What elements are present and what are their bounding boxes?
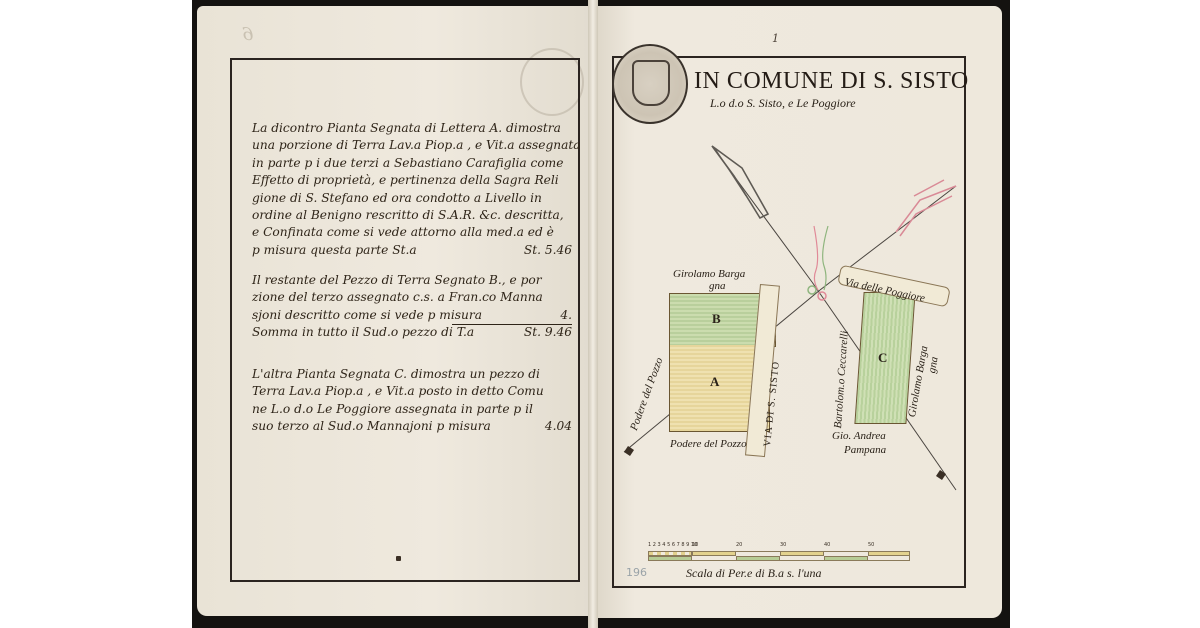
text-line: Somma in tutto il Sud.o pezzo di T.a St.…: [252, 324, 572, 341]
pencil-page-number: 196: [626, 566, 647, 579]
scale-label: Scala di Per.e di B.a s. l'una: [686, 566, 822, 581]
text-line: in parte p i due terzi a Sebastiano Cara…: [252, 155, 572, 172]
scale-tick: 50: [868, 542, 874, 548]
book-gutter: [588, 0, 598, 628]
plot-c-letter: C: [878, 350, 887, 366]
label-podere-del-pozzo-south: Podere del Pozzo: [670, 438, 747, 450]
scale-tick: 30: [780, 542, 786, 548]
label-gio-andrea: Gio. Andrea: [832, 430, 886, 442]
text-line: Il restante del Pezzo di Terra Segnato B…: [252, 272, 572, 289]
text-line: ne L.o d.o Le Poggiore assegnata in part…: [252, 401, 572, 418]
text-line: gione di S. Stefano ed ora condotto a Li…: [252, 190, 572, 207]
ink-mark: [396, 556, 401, 561]
measure-amount: 4.: [560, 307, 572, 324]
plot-a-letter: A: [710, 374, 719, 390]
text-line: suo terzo al Sud.o Mannajoni p misura 4.…: [252, 418, 572, 435]
measure-amount: 4.04: [545, 418, 572, 435]
text-line: sjoni descritto come si vede p misura 4.: [252, 307, 572, 324]
plot-b-letter: B: [712, 311, 721, 327]
map-subtitle: L.o d.o S. Sisto, e Le Poggiore: [710, 96, 856, 111]
text-line: ordine al Benigno rescritto di S.A.R. &c…: [252, 207, 572, 224]
text-line: p misura questa parte St.a St. 5.46: [252, 242, 572, 259]
coat-of-arms-seal-icon: [612, 44, 688, 124]
text-line: e Confinata come si vede attorno alla me…: [252, 224, 572, 241]
shield-icon: [632, 60, 670, 106]
text-line: una porzione di Terra Lav.a Piop.a , e V…: [252, 137, 572, 154]
scale-tick: 40: [824, 542, 830, 548]
label-pampana: Pampana: [844, 444, 886, 456]
text-line: L'altra Pianta Segnata C. dimostra un pe…: [252, 366, 572, 383]
paragraph-plot-b: Il restante del Pezzo di Terra Segnato B…: [252, 272, 572, 342]
sum-amount: St. 9.46: [524, 324, 572, 341]
right-folio-number: 1: [772, 32, 779, 45]
text-line: zione del terzo assegnato c.s. a Fran.co…: [252, 289, 572, 306]
scale-bar: [648, 551, 910, 561]
text-line: Effetto di proprietà, e pertinenza della…: [252, 172, 572, 189]
paragraph-plot-a: La dicontro Pianta Segnata di Lettera A.…: [252, 120, 572, 259]
text-line-content: sjoni descritto come si vede p misura: [252, 308, 482, 322]
text-line: Terra Lav.a Piop.a , e Vit.a posto in de…: [252, 383, 572, 400]
scale-ticks: 1 2 3 4 5 6 7 8 9 10 10 20 30 40 50: [648, 542, 918, 550]
text-line-content: Somma in tutto il Sud.o pezzo di T.a: [252, 325, 474, 339]
text-line-content: p misura questa parte St.a: [252, 243, 417, 257]
measure-amount: St. 5.46: [524, 242, 572, 259]
left-folio-mark: 6: [242, 24, 253, 45]
map-title: IN COMUNE DI S. SISTO: [694, 68, 969, 95]
label-girolamo-bargagna-bottom: gna: [709, 280, 726, 292]
scale-tick: 1 2 3 4 5 6 7 8 9 10: [648, 542, 697, 548]
paragraph-plot-c: L'altra Pianta Segnata C. dimostra un pe…: [252, 366, 572, 436]
text-line: La dicontro Pianta Segnata di Lettera A.…: [252, 120, 572, 137]
scale-outline: [648, 551, 910, 561]
scale-tick: 10: [692, 542, 698, 548]
label-girolamo-bargagna-top: Girolamo Barga: [673, 268, 745, 280]
text-line-content: suo terzo al Sud.o Mannajoni p misura: [252, 419, 491, 433]
scale-tick: 20: [736, 542, 742, 548]
